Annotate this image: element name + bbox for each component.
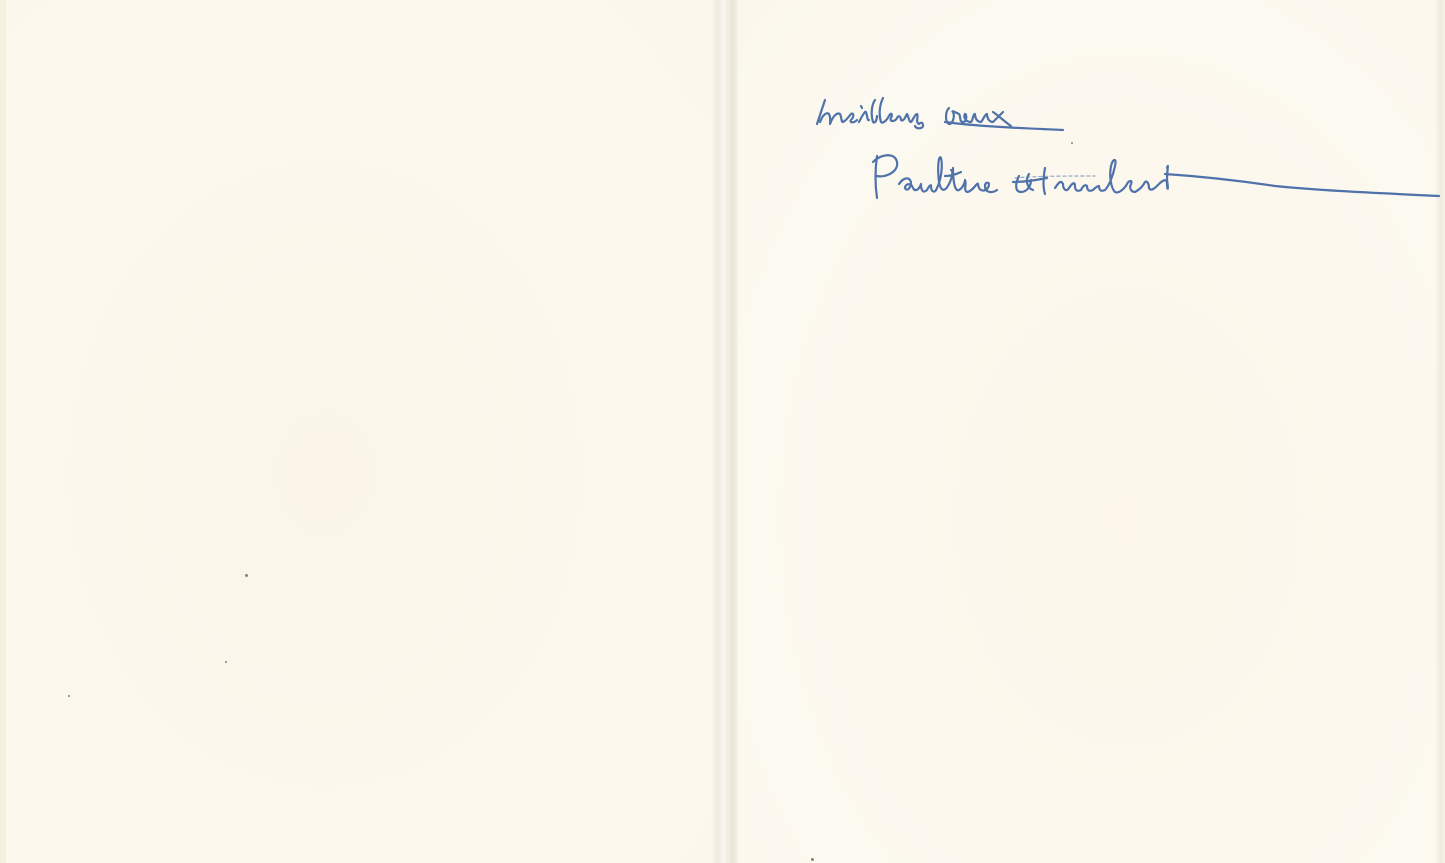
handwriting-strokes <box>815 92 1435 212</box>
card-right-edge <box>1435 0 1445 863</box>
paper-speck <box>225 661 227 663</box>
paper-speck <box>68 695 70 697</box>
handwritten-message: meilleurs voeux Paulette Humbert <box>815 92 1435 212</box>
card-fold-crease <box>712 0 740 863</box>
paper-speck <box>245 574 248 577</box>
signature-text: Paulette Humbert <box>815 92 816 93</box>
left-panel-blank <box>0 0 714 863</box>
greeting-card: meilleurs voeux Paulette Humbert <box>0 0 1445 863</box>
paper-speck <box>811 858 814 861</box>
